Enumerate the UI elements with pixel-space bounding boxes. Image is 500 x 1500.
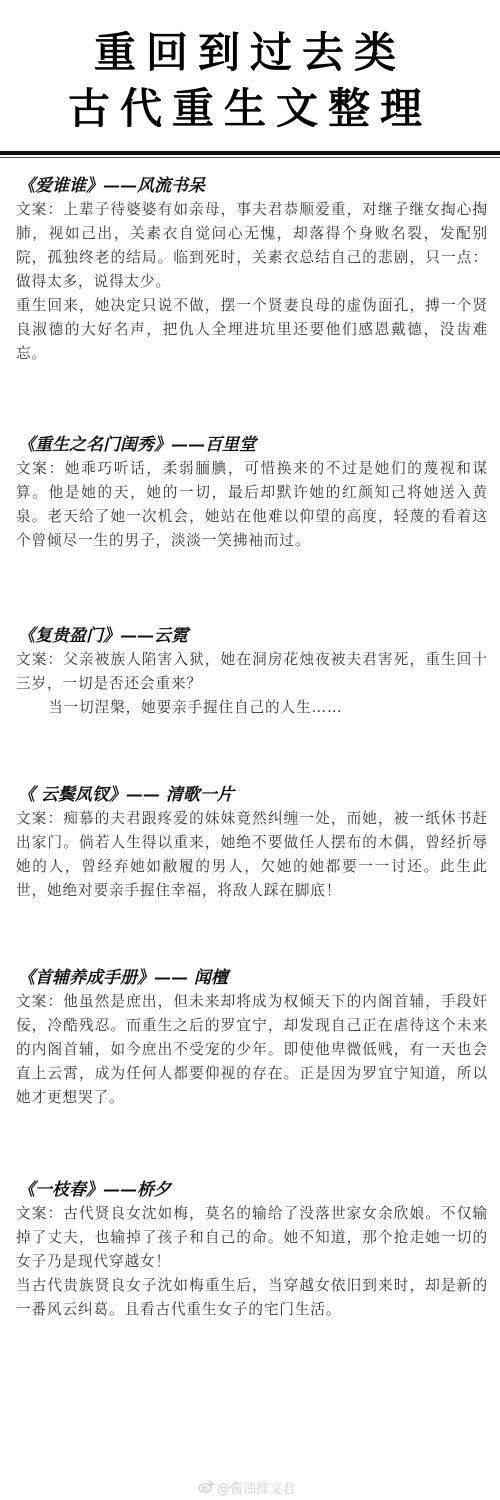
synopsis-paragraph: 文案：她乖巧听话，柔弱腼腆，可惜换来的不过是她们的蔑视和谋算。他是她的天，她的一… — [16, 457, 488, 553]
weibo-icon — [198, 1480, 214, 1497]
synopsis-paragraph: 文案：古代贤良女沈如梅，莫名的输给了没落世家女余欣娘。不仅输掉了丈夫，也输掉了孩… — [16, 1202, 488, 1274]
book-synopsis: 文案：他虽然是庶出，但未来却将成为权倾天下的内阁首辅，手段奸佞，冷酷残忍。而重生… — [16, 990, 488, 1110]
book-entry-1: 《爱谁谁》——风流书呆 文案：上辈子待婆婆有如亲母，事夫君恭顺爱重，对继子继女掏… — [16, 174, 488, 366]
book-synopsis: 文案：痴慕的夫君跟疼爱的妹妹竟然纠缠一处，而她，被一纸休书赶出家门。倘若人生得以… — [16, 807, 488, 903]
synopsis-paragraph: 文案：痴慕的夫君跟疼爱的妹妹竟然纠缠一处，而她，被一纸休书赶出家门。倘若人生得以… — [16, 807, 488, 903]
book-synopsis: 文案：父亲被族人陷害入狱，她在洞房花烛夜被夫君害死，重生回十三岁，一切是否还会重… — [16, 648, 488, 720]
divider-thick — [0, 151, 500, 155]
book-title: 《 云鬓凤钗》—— 清歌一片 — [18, 783, 488, 807]
synopsis-paragraph: 当一切涅槃，她要亲手握住自己的人生…… — [16, 696, 488, 720]
page-title-line-2: 古代重生文整理 — [0, 84, 500, 134]
book-title: 《复贵盈门》——云霓 — [18, 624, 488, 648]
book-synopsis: 文案：上辈子待婆婆有如亲母，事夫君恭顺爱重，对继子继女掏心掏肺，视如己出，关素衣… — [16, 198, 488, 366]
book-title: 《首辅养成手册》—— 闻檀 — [18, 966, 488, 990]
book-title: 《爱谁谁》——风流书呆 — [18, 174, 488, 198]
book-entry-2: 《重生之名门闺秀》——百里堂 文案：她乖巧听话，柔弱腼腆，可惜换来的不过是她们的… — [16, 433, 488, 553]
synopsis-paragraph: 文案：上辈子待婆婆有如亲母，事夫君恭顺爱重，对继子继女掏心掏肺，视如己出，关素衣… — [16, 198, 488, 294]
synopsis-paragraph: 文案：父亲被族人陷害入狱，她在洞房花烛夜被夫君害死，重生回十三岁，一切是否还会重… — [16, 648, 488, 696]
book-synopsis: 文案：古代贤良女沈如梅，莫名的输给了没落世家女余欣娘。不仅输掉了丈夫，也输掉了孩… — [16, 1202, 488, 1322]
book-entry-3: 《复贵盈门》——云霓 文案：父亲被族人陷害入狱，她在洞房花烛夜被夫君害死，重生回… — [16, 624, 488, 720]
book-title: 《一枝春》——桥夕 — [18, 1178, 488, 1202]
book-entry-5: 《首辅养成手册》—— 闻檀 文案：他虽然是庶出，但未来却将成为权倾天下的内阁首辅… — [16, 966, 488, 1110]
synopsis-paragraph: 文案：他虽然是庶出，但未来却将成为权倾天下的内阁首辅，手段奸佞，冷酷残忍。而重生… — [16, 990, 488, 1110]
divider-thin — [0, 157, 500, 158]
synopsis-paragraph: 重生回来，她决定只说不做，摆一个贤妻良母的虚伪面孔，搏一个贤良淑德的大好名声，把… — [16, 294, 488, 366]
synopsis-paragraph: 当古代贵族贤良女子沈如梅重生后，当穿越女依旧到来时，却是新的一番风云纠葛。且看古… — [16, 1274, 488, 1322]
book-synopsis: 文案：她乖巧听话，柔弱腼腆，可惜换来的不过是她们的蔑视和谋算。他是她的天，她的一… — [16, 457, 488, 553]
watermark: @酱油推文君 — [198, 1478, 295, 1497]
page-title-line-1: 重回到过去类 — [0, 28, 500, 78]
book-entry-6: 《一枝春》——桥夕 文案：古代贤良女沈如梅，莫名的输给了没落世家女余欣娘。不仅输… — [16, 1178, 488, 1322]
book-title: 《重生之名门闺秀》——百里堂 — [18, 433, 488, 457]
watermark-text: @酱油推文君 — [217, 1482, 295, 1497]
book-entry-4: 《 云鬓凤钗》—— 清歌一片 文案：痴慕的夫君跟疼爱的妹妹竟然纠缠一处，而她，被… — [16, 783, 488, 903]
